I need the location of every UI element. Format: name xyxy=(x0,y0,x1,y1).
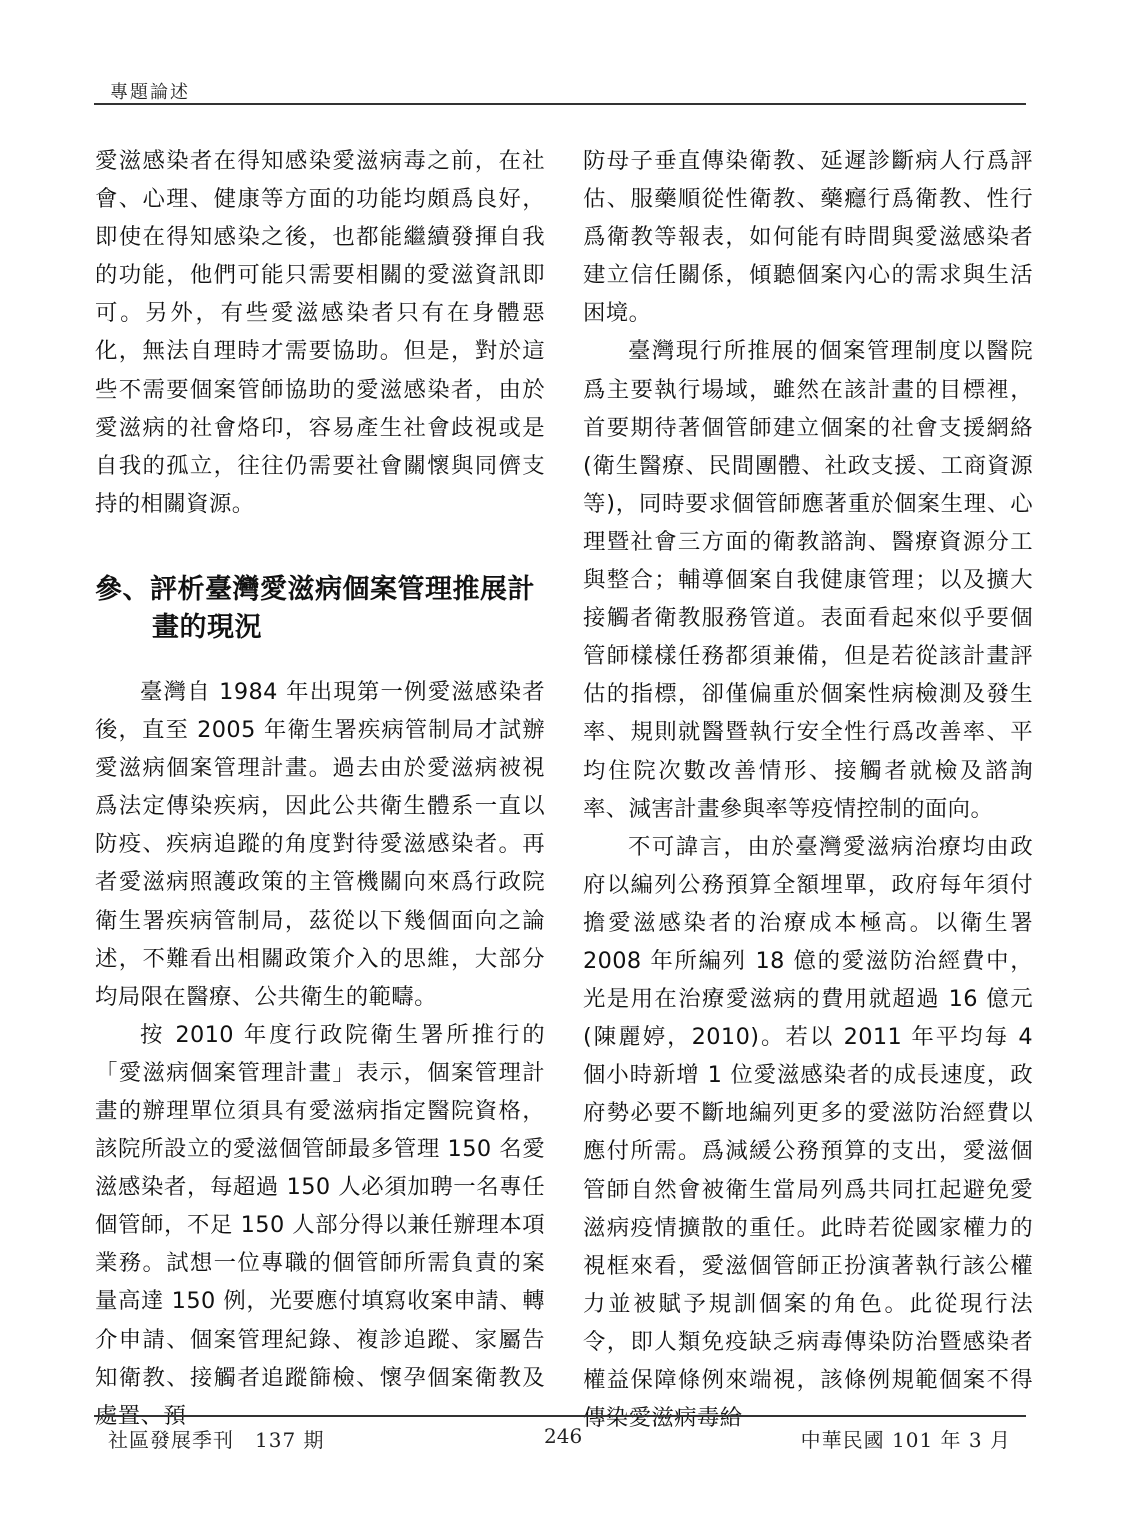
page-number: 246 xyxy=(544,1424,582,1448)
footer-journal: 社區發展季刊 137 期 xyxy=(108,1424,325,1453)
paragraph: 不可諱言，由於臺灣愛滋病治療均由政府以編列公務預算全額埋單，政府每年須付擔愛滋感… xyxy=(583,828,1033,1438)
paragraph: 臺灣現行所推展的個案管理制度以醫院爲主要執行場域，雖然在該計畫的目標裡，首要期待… xyxy=(583,332,1033,827)
header-rule xyxy=(94,103,1026,105)
paragraph: 按 2010 年度行政院衛生署所推行的「愛滋病個案管理計畫」表示，個案管理計畫的… xyxy=(95,1016,545,1435)
paragraph: 防母子垂直傳染衛教、延遲診斷病人行爲評估、服藥順從性衛教、藥癮行爲衛教、性行爲衛… xyxy=(583,142,1033,332)
right-column: 防母子垂直傳染衛教、延遲診斷病人行爲評估、服藥順從性衛教、藥癮行爲衛教、性行爲衛… xyxy=(583,142,1033,1437)
section-heading: 參、評析臺灣愛滋病個案管理推展計畫的現況 xyxy=(95,571,545,647)
left-column: 愛滋感染者在得知感染愛滋病毒之前，在社會、心理、健康等方面的功能均頗爲良好，即使… xyxy=(95,142,545,1435)
paragraph: 愛滋感染者在得知感染愛滋病毒之前，在社會、心理、健康等方面的功能均頗爲良好，即使… xyxy=(95,142,545,523)
footer-date: 中華民國 101 年 3 月 xyxy=(801,1424,1011,1453)
running-head: 專題論述 xyxy=(110,78,190,104)
footer-rule xyxy=(94,1415,1026,1417)
paragraph: 臺灣自 1984 年出現第一例愛滋感染者後，直至 2005 年衛生署疾病管制局才… xyxy=(95,673,545,1016)
